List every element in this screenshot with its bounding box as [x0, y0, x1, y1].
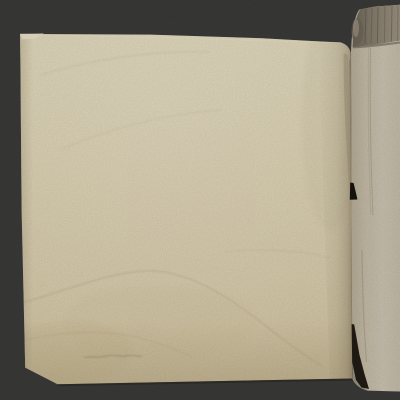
- manuscript-photo-screenshot: [0, 0, 400, 400]
- manuscript-photograph: [0, 0, 400, 400]
- photo-grain-overlay: [0, 0, 400, 400]
